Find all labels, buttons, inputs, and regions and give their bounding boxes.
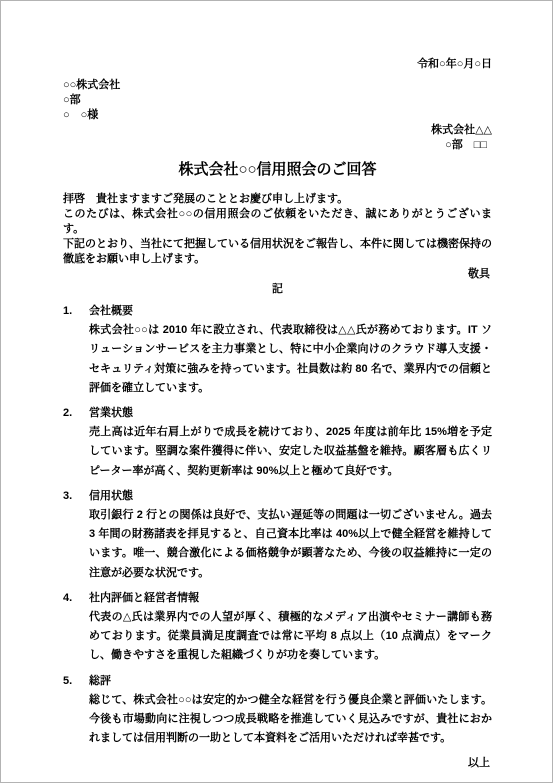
section-list: 1. 会社概要 株式会社○○は 2010 年に設立され、代表取締役は△△氏が務め… (63, 302, 492, 748)
sender-company: 株式会社△△ (63, 123, 492, 138)
section-heading-row: 5. 総評 (63, 672, 492, 691)
section-body: 取引銀行 2 行との関係は良好で、支払い遅延等の問題は一切ございません。過去 3… (89, 506, 492, 583)
section-internal-evaluation: 4. 社内評価と経営者情報 代表の△氏は業界内での人望が厚く、積極的なメディア出… (63, 589, 492, 666)
section-body: 株式会社○○は 2010 年に設立され、代表取締役は△△氏が務めております。IT… (89, 321, 492, 398)
section-number: 3. (63, 487, 89, 506)
recipient-department: ○部 (63, 93, 492, 108)
end-marker: 以上 (63, 754, 492, 773)
document-title: 株式会社○○信用照会のご回答 (63, 160, 492, 180)
section-overall-assessment: 5. 総評 総じて、株式会社○○は安定的かつ健全な経営を行う優良企業と評価いたし… (63, 672, 492, 749)
section-body: 売上高は近年右肩上がりで成長を続けており、2025 年度は前年比 15%増を予定… (89, 423, 492, 481)
recipient-company: ○○株式会社 (63, 78, 492, 93)
section-heading: 営業状態 (89, 404, 133, 423)
recipient-block: ○○株式会社 ○部 ○ ○様 (63, 78, 492, 123)
section-number: 4. (63, 589, 89, 608)
section-body: 総じて、株式会社○○は安定的かつ健全な経営を行う優良企業と評価いたします。今後も… (89, 691, 492, 749)
recipient-person: ○ ○様 (63, 108, 492, 123)
sender-block: 株式会社△△ ○部 □□ (63, 123, 492, 153)
section-number: 1. (63, 302, 89, 321)
section-heading-row: 4. 社内評価と経営者情報 (63, 589, 492, 608)
section-number: 2. (63, 404, 89, 423)
section-heading-row: 2. 営業状態 (63, 404, 492, 423)
greeting-line-3: 下記のとおり、当社にて把握している信用状況をご報告し、本件に関しては機密保持の徹… (63, 237, 492, 267)
section-body: 代表の△氏は業界内での人望が厚く、積極的なメディア出演やセミナー講師も務めており… (89, 608, 492, 666)
greeting-paragraphs: 拝啓 貴社ますますご発展のこととお慶び申し上げます。 このたびは、株式会社○○の… (63, 192, 492, 267)
section-credit-status: 3. 信用状態 取引銀行 2 行との関係は良好で、支払い遅延等の問題は一切ござい… (63, 487, 492, 583)
section-heading: 社内評価と経営者情報 (89, 589, 199, 608)
greeting-line-2: このたびは、株式会社○○の信用照会のご依頼をいただき、誠にありがとうございます。 (63, 207, 492, 237)
closing-word: 敬具 (63, 267, 492, 282)
section-heading: 会社概要 (89, 302, 133, 321)
section-number: 5. (63, 672, 89, 691)
sender-person: ○部 □□ (63, 138, 492, 153)
section-company-overview: 1. 会社概要 株式会社○○は 2010 年に設立され、代表取締役は△△氏が務め… (63, 302, 492, 398)
section-business-status: 2. 営業状態 売上高は近年右肩上がりで成長を続けており、2025 年度は前年比… (63, 404, 492, 481)
document-page: 令和○年○月○日 ○○株式会社 ○部 ○ ○様 株式会社△△ ○部 □□ 株式会… (0, 0, 553, 783)
section-heading-row: 3. 信用状態 (63, 487, 492, 506)
record-marker: 記 (63, 282, 492, 297)
greeting-line-1: 拝啓 貴社ますますご発展のこととお慶び申し上げます。 (63, 192, 492, 207)
section-heading: 信用状態 (89, 487, 133, 506)
section-heading: 総評 (89, 672, 111, 691)
section-heading-row: 1. 会社概要 (63, 302, 492, 321)
document-date: 令和○年○月○日 (63, 57, 492, 72)
